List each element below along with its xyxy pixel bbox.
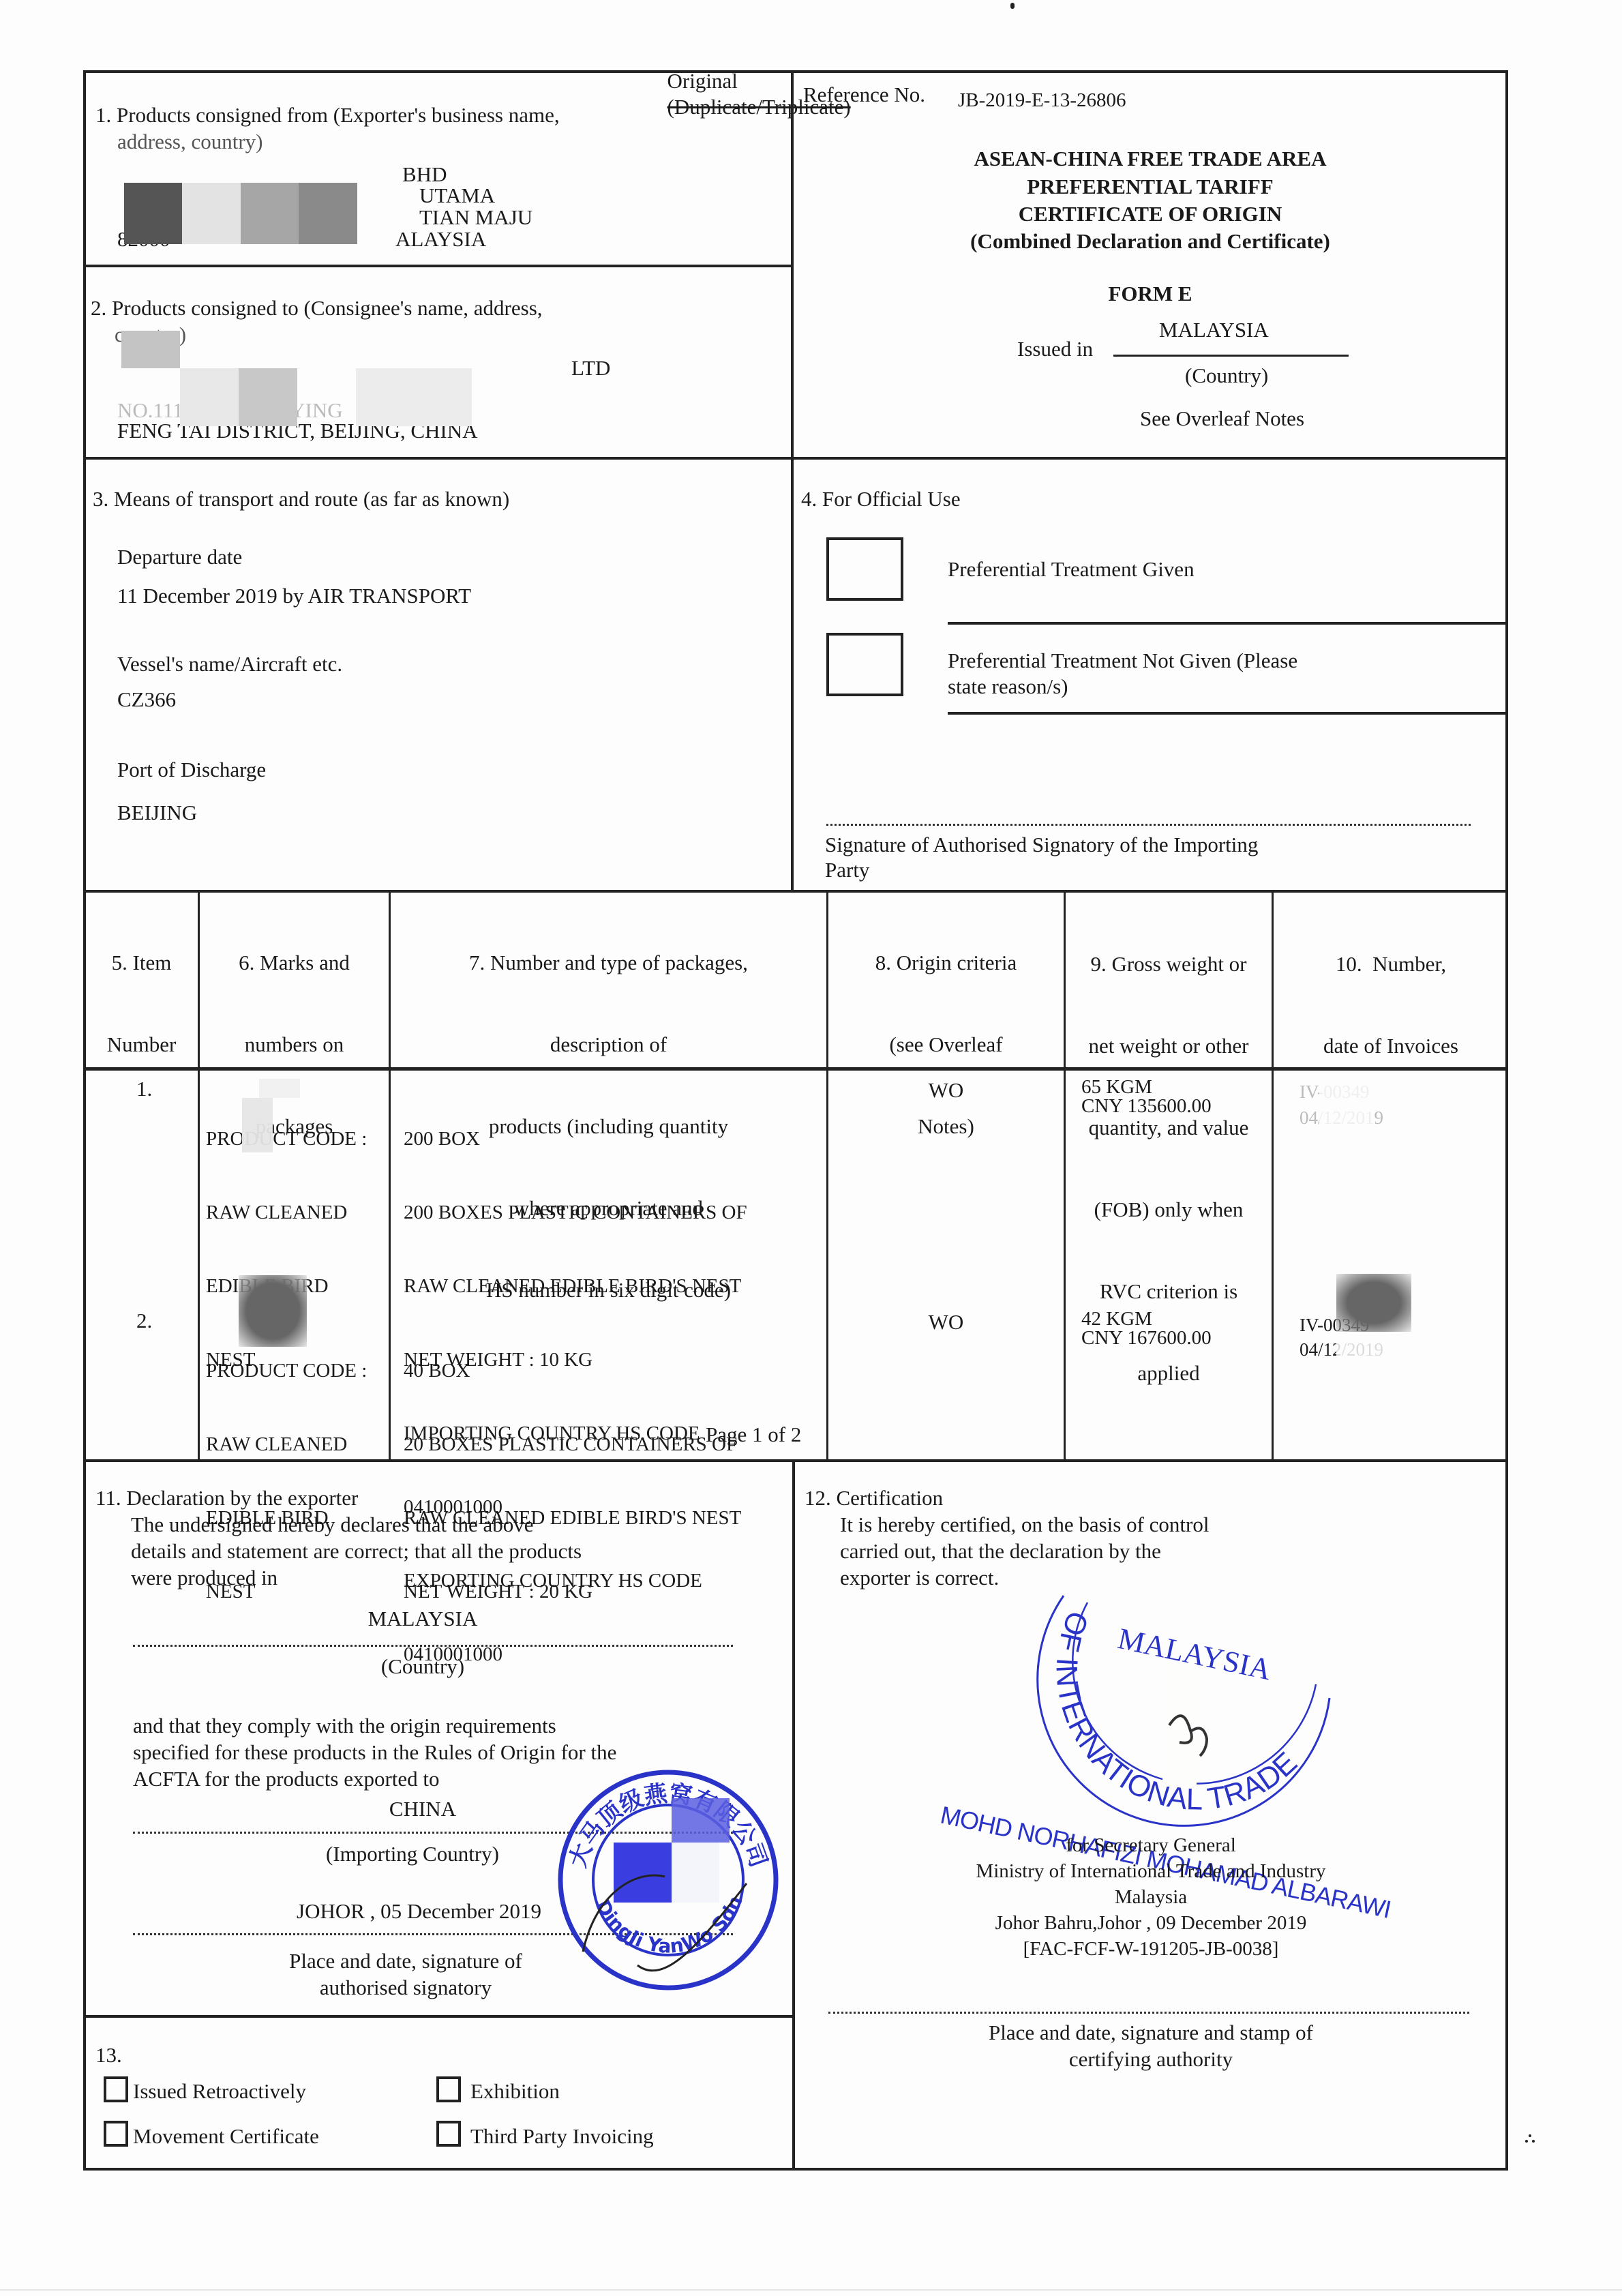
overleaf-notes: See Overleaf Notes [1140, 406, 1304, 432]
certifier-place-date: Johor Bahru,Johor , 09 December 2019 [794, 1910, 1508, 1936]
redaction-block [239, 1275, 307, 1347]
redaction-block [182, 183, 241, 244]
redaction-block [1319, 1077, 1374, 1132]
reference-number: JB-2019-E-13-26806 [958, 87, 1126, 113]
origin-criteria: WO [828, 1077, 1064, 1103]
divider-box1-box2 [83, 265, 792, 267]
box11-label: 11. Declaration by the exporter [95, 1485, 358, 1511]
col-header-invoice: 10. Number, date of Invoices [1274, 896, 1508, 1087]
port-of-discharge-value: BEIJING [117, 800, 197, 826]
ministry-stamp-icon: OF INTERNATIONAL TRADE AND INDUSTRY MALA… [1023, 1562, 1364, 1848]
third-party-invoicing-checkbox[interactable] [436, 2121, 461, 2147]
signed-for: for Secretary General [794, 1832, 1508, 1858]
box2-label-line1: 2. Products consigned to (Consignee's na… [91, 295, 543, 321]
page-indicator: Page 1 of 2 [706, 1422, 801, 1448]
produced-country: MALAYSIA [99, 1606, 747, 1632]
redaction-block [180, 368, 239, 426]
vessel-label: Vessel's name/Aircraft etc. [117, 651, 342, 677]
departure-date-label: Departure date [117, 544, 242, 570]
marks: PRODUCT CODE : RAW CLEANED EDIBLE BIRD N… [206, 1309, 367, 1653]
produced-country-line [133, 1645, 733, 1647]
divider-box2-box3 [83, 457, 1508, 460]
redaction-block [299, 183, 357, 244]
redaction-block [1336, 1332, 1384, 1359]
redaction-block [356, 368, 472, 426]
issued-retroactively-checkbox[interactable] [104, 2076, 128, 2102]
title-line4: (Combined Declaration and Certificate) [794, 228, 1507, 254]
redaction-block [239, 368, 297, 426]
col-header-item: 5. Item Number [85, 895, 198, 1086]
certifier-sign-caption-line1: Place and date, signature and stamp of [794, 2020, 1508, 2046]
box11-text-line3: were produced in [131, 1565, 277, 1591]
movement-certificate-label: Movement Certificate [133, 2123, 319, 2149]
preferential-not-given-line2: state reason/s) [948, 674, 1068, 700]
port-of-discharge-label: Port of Discharge [117, 757, 266, 783]
scan-dot [1010, 3, 1015, 9]
redaction-block [242, 1098, 273, 1152]
box3-label: 3. Means of transport and route (as far … [93, 486, 509, 512]
scan-dots [1525, 2134, 1535, 2144]
company-stamp: 大马顶级燕窝有限公司 Dama DingJi YanWo Sdn. Bhd. [556, 1768, 781, 1993]
issued-in-caption: (Country) [1185, 363, 1268, 389]
preferential-given-checkbox[interactable] [826, 537, 903, 601]
importer-signature-line [826, 824, 1471, 826]
company-stamp-icon: 大马顶级燕窝有限公司 Dama DingJi YanWo Sdn. Bhd. [556, 1768, 781, 1993]
redaction-block [121, 331, 180, 368]
weight: 65 KGM [1081, 1077, 1152, 1097]
box11-text-line6: ACFTA for the products exported to [133, 1766, 440, 1792]
value: CNY 135600.00 [1081, 1097, 1212, 1116]
redaction-block [241, 183, 299, 244]
reference-label: Reference No. [803, 82, 925, 108]
redaction-block [1336, 1274, 1411, 1332]
item-number: 2. [136, 1308, 152, 1334]
box11-text-line1: The undersigned hereby declares that the… [131, 1512, 533, 1538]
value: CNY 167600.00 [1081, 1328, 1212, 1347]
box12-text-line2: carried out, that the declaration by the [840, 1538, 1161, 1564]
departure-date-value: 11 December 2019 by AIR TRANSPORT [117, 583, 471, 609]
certifier-country: Malaysia [794, 1884, 1508, 1910]
box11-text-line2: details and statement are correct; that … [131, 1538, 582, 1564]
col-header-origin: 8. Origin criteria (see Overleaf Notes) [828, 895, 1064, 1167]
official-stamp: OF INTERNATIONAL TRADE AND INDUSTRY MALA… [1023, 1562, 1364, 1848]
title-line2: PREFERENTIAL TARIFF [794, 174, 1507, 200]
box12-text-line1: It is hereby certified, on the basis of … [840, 1512, 1209, 1538]
item-number: 1. [136, 1076, 152, 1102]
box1-label-line2: address, country) [117, 129, 263, 155]
form-e-title: FORM E [794, 281, 1507, 307]
preferential-not-given-line1: Preferential Treatment Not Given (Please [948, 648, 1297, 674]
issued-in-label: Issued in [1017, 336, 1093, 362]
box13-label: 13. [95, 2042, 122, 2068]
certifier-ref-code: [FAC-FCF-W-191205-JB-0038] [794, 1936, 1508, 1962]
vessel-value: CZ366 [117, 687, 176, 713]
box1-label-line1: 1. Products consigned from (Exporter's b… [95, 102, 560, 128]
importer-signature-caption-line2: Party [825, 857, 869, 883]
exhibition-checkbox[interactable] [436, 2076, 461, 2102]
exporter-place-date: JOHOR , 05 December 2019 [297, 1898, 541, 1924]
redaction-block [124, 183, 182, 244]
consignee-name-fragment: LTD [571, 355, 610, 381]
ministry-name: Ministry of International Trade and Indu… [794, 1858, 1508, 1884]
preferential-not-given-checkbox[interactable] [826, 633, 903, 696]
preferential-given-label: Preferential Treatment Given [948, 556, 1195, 582]
produced-country-caption: (Country) [99, 1654, 747, 1680]
box12-text-line3: exporter is correct. [840, 1565, 999, 1591]
origin-criteria: WO [828, 1309, 1064, 1335]
certifier-signature-line [828, 2012, 1469, 2014]
option1-underline [948, 622, 1508, 625]
third-party-invoicing-label: Third Party Invoicing [470, 2123, 654, 2149]
issued-in-country: MALAYSIA [1159, 317, 1269, 343]
exporter-country-fragment: ALAYSIA [395, 226, 486, 252]
importer-signature-caption-line1: Signature of Authorised Signatory of the… [825, 832, 1258, 858]
box11-text-line4: and that they comply with the origin req… [133, 1713, 556, 1739]
title-line3: CERTIFICATE OF ORIGIN [794, 201, 1507, 227]
divider-box11-box13 [83, 2015, 794, 2018]
exhibition-label: Exhibition [470, 2078, 560, 2104]
description: 40 BOX 20 BOXES PLASTIC CONTAINERS OF RA… [404, 1309, 741, 1653]
weight: 42 KGM [1081, 1309, 1152, 1328]
issued-in-underline [1113, 355, 1349, 357]
box12-label: 12. Certification [805, 1485, 943, 1511]
movement-certificate-checkbox[interactable] [104, 2121, 128, 2147]
page-bottom-edge [0, 2289, 1622, 2291]
divider-box3-table [83, 890, 1508, 893]
box4-label: 4. For Official Use [801, 486, 961, 512]
redaction-block [259, 1079, 300, 1098]
title-line1: ASEAN-CHINA FREE TRADE AREA [794, 146, 1507, 172]
option2-underline [948, 712, 1508, 715]
box11-text-line5: specified for these products in the Rule… [133, 1740, 616, 1765]
issued-retroactively-label: Issued Retroactively [133, 2078, 306, 2104]
certifier-sign-caption-line2: certifying authority [794, 2046, 1508, 2072]
